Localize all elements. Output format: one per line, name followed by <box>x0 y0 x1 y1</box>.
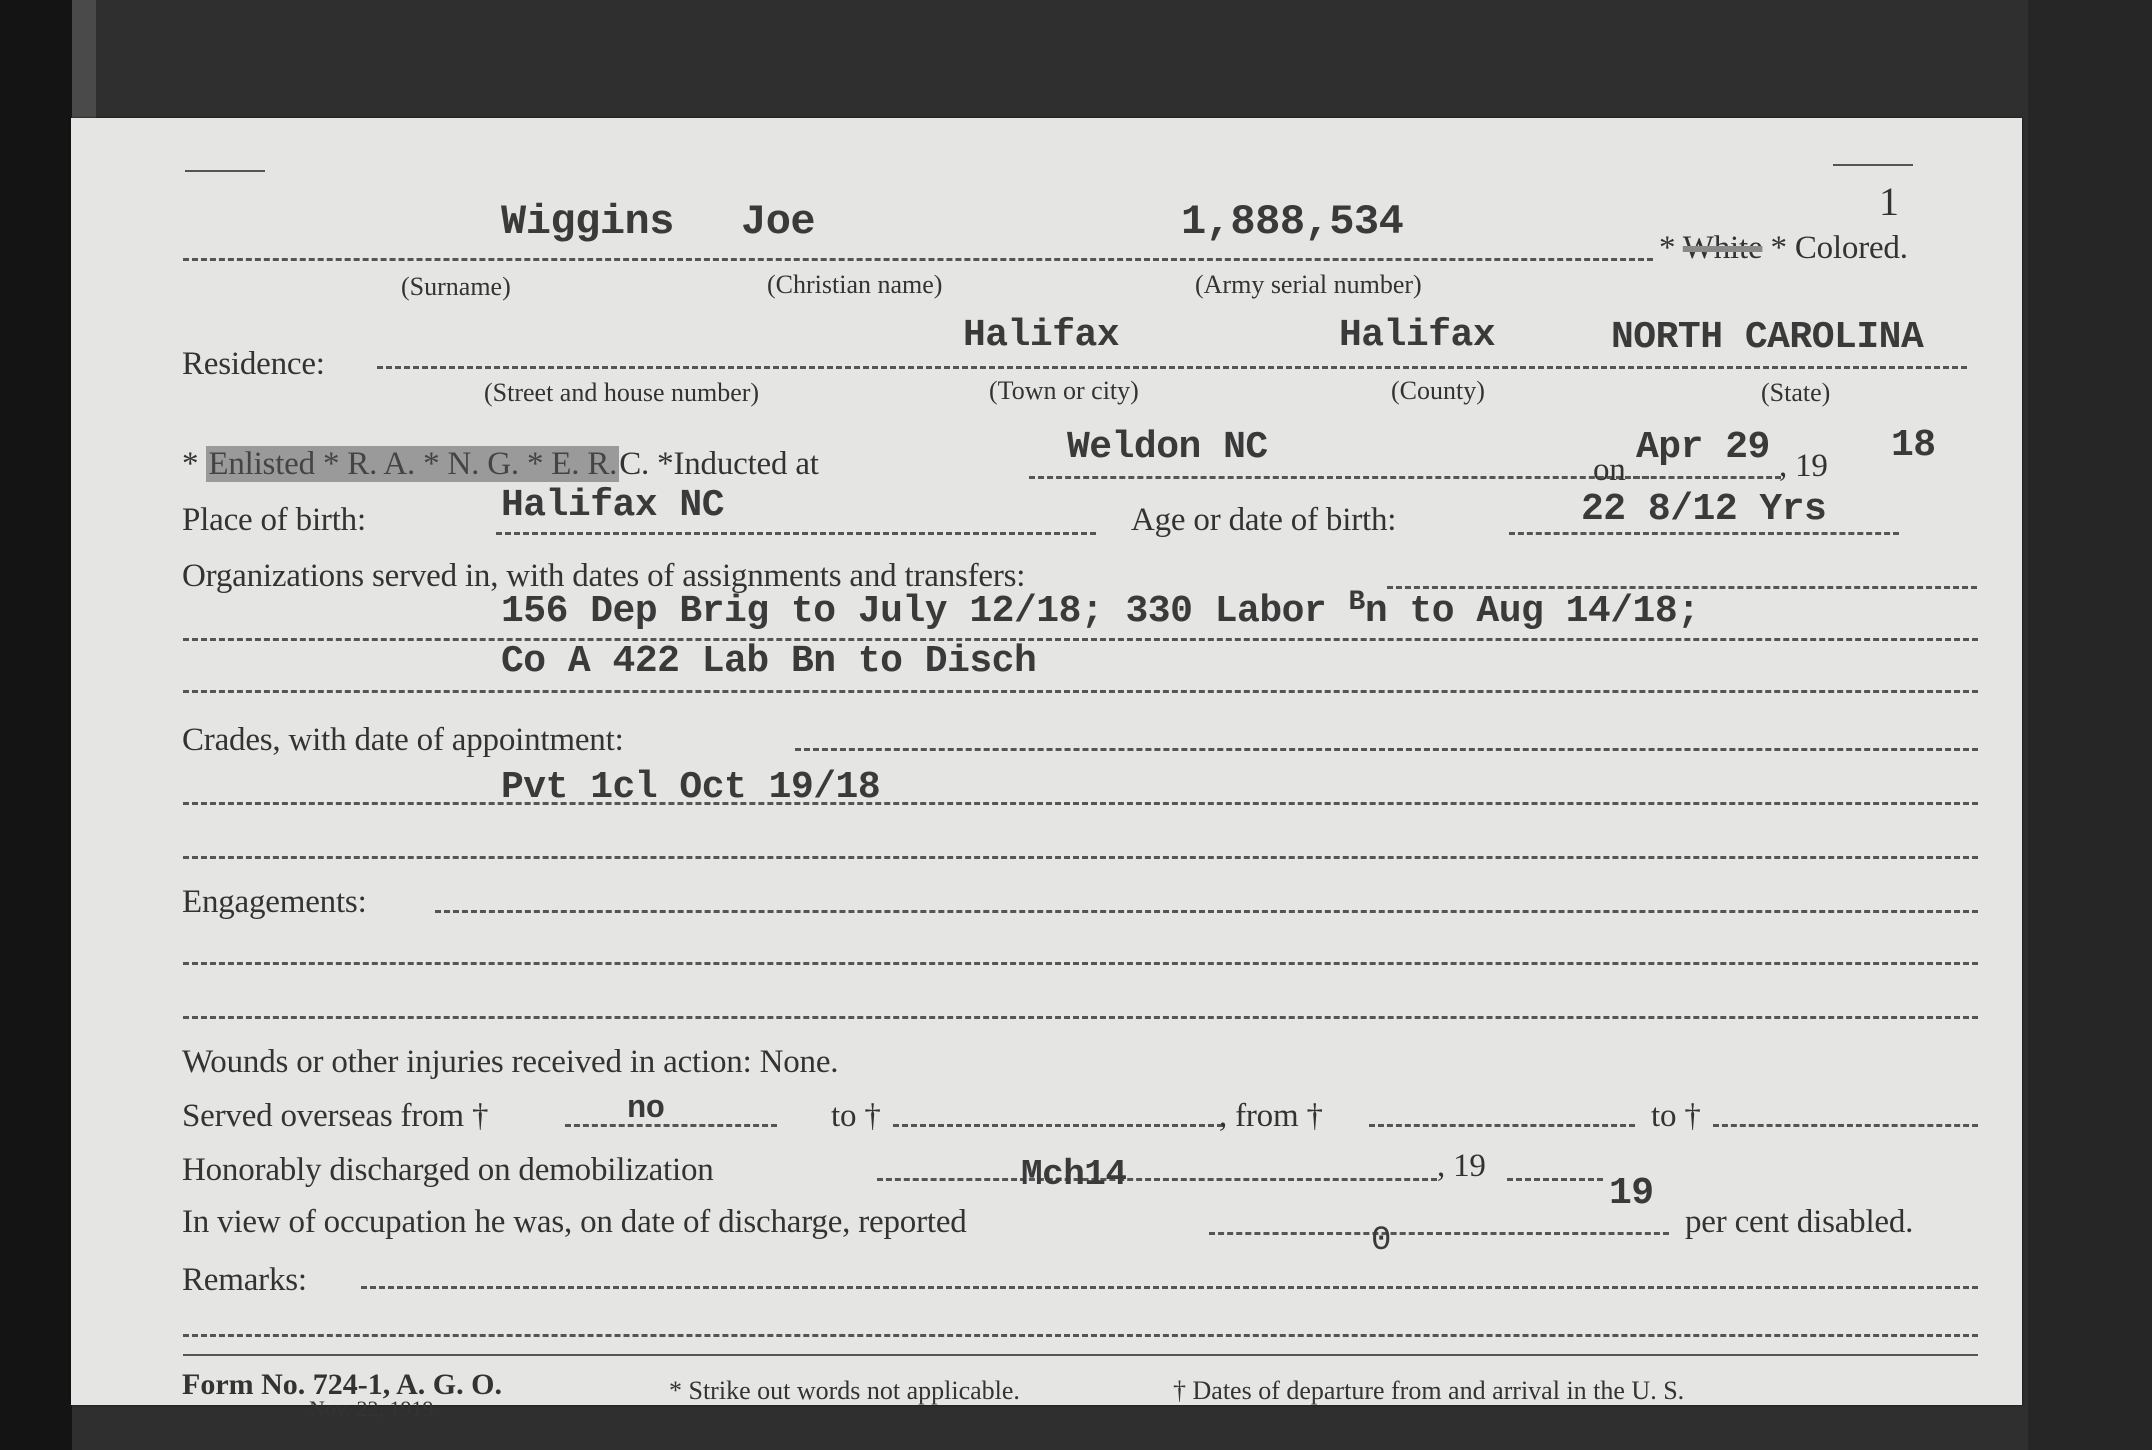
inducted-label: *Inducted at <box>657 446 819 482</box>
overseas-from-1-value: no <box>627 1090 664 1127</box>
top-left-rule <box>185 170 265 172</box>
caption-christian-name: (Christian name) <box>767 270 942 300</box>
discharge-year: 19 <box>1609 1172 1654 1215</box>
disability-label: In view of occupation he was, on date of… <box>182 1204 967 1241</box>
residence-line <box>377 366 1967 369</box>
caption-serial-number: (Army serial number) <box>1195 270 1422 300</box>
scan-background-left <box>0 0 72 1450</box>
grades-label-line <box>795 748 1978 751</box>
inducted-at-line <box>1029 476 1649 479</box>
engagements-line-3 <box>183 1016 1978 1019</box>
scan-background-right <box>2028 0 2152 1450</box>
serial-number-value: 1,888,534 <box>1181 198 1403 246</box>
race-options: * White * Colored. <box>1659 230 1908 267</box>
induction-year-prefix: , 19 <box>1779 448 1828 485</box>
overseas-label: Served overseas from † <box>182 1098 488 1135</box>
overseas-to-2-line <box>1713 1124 1978 1127</box>
discharge-date: Mch14 <box>1021 1154 1127 1195</box>
overseas-to-1-line <box>893 1124 1223 1127</box>
residence-county: Halifax <box>1339 314 1495 357</box>
place-of-birth-label: Place of birth: <box>182 502 366 539</box>
age-label: Age or date of birth: <box>1131 502 1396 539</box>
overseas-from-2-line <box>1369 1124 1635 1127</box>
form-date: Nov. 22, 1919 <box>309 1396 433 1422</box>
engagements-line-1 <box>435 910 1978 913</box>
organizations-line-1-mid: n to <box>1365 590 1477 633</box>
caption-county: (County) <box>1391 376 1485 406</box>
disability-line <box>1209 1232 1669 1235</box>
note-strike-out: * Strike out words not applicable. <box>669 1376 1020 1406</box>
residence-state: NORTH CAROLINA <box>1611 316 1923 359</box>
organizations-line-2: Co A 422 Lab Bn to Disch <box>501 640 1036 683</box>
disability-suffix: per cent disabled. <box>1685 1204 1913 1241</box>
top-right-rule <box>1833 164 1913 166</box>
inducted-at-value: Weldon NC <box>1067 426 1268 469</box>
induction-date: Apr 29 <box>1636 426 1770 469</box>
struck-options-tail: C. <box>619 446 649 482</box>
overseas-from-1-line <box>565 1124 777 1127</box>
on-label: on <box>1593 452 1626 489</box>
age-value: 22 8/12 Yrs <box>1581 488 1826 531</box>
organizations-line-1-sup: B <box>1349 587 1365 618</box>
caption-surname: (Surname) <box>401 272 511 302</box>
note-dates: † Dates of departure from and arrival in… <box>1173 1376 1684 1406</box>
caption-street: (Street and house number) <box>484 378 759 408</box>
caption-town: (Town or city) <box>989 376 1139 406</box>
organizations-line-1-text: 156 Dep Brig to July 12/18; 330 Labor <box>501 590 1349 633</box>
christian-name-value: Joe <box>741 198 815 246</box>
race-white-struck: White <box>1683 230 1763 266</box>
induction-date-line <box>1633 476 1781 479</box>
race-colored: Colored. <box>1795 230 1908 266</box>
induction-year: 18 <box>1891 424 1936 467</box>
remarks-label: Remarks: <box>182 1262 307 1299</box>
age-line <box>1509 532 1899 535</box>
grades-line-1 <box>183 802 1978 805</box>
induction-row: * Enlisted * R. A. * N. G. * E. R.C. *In… <box>182 446 819 483</box>
residence-label: Residence: <box>182 346 325 383</box>
organizations-line-1: 156 Dep Brig to July 12/18; 330 Labor Bn… <box>501 590 1699 633</box>
engagements-label: Engagements: <box>182 884 367 921</box>
name-line <box>183 258 1653 261</box>
disability-percent: 0 <box>1371 1222 1391 1260</box>
overseas-from-2-label: , from † <box>1219 1098 1323 1135</box>
organizations-line-1-end: Aug 14/18; <box>1476 590 1699 633</box>
grades-line-2 <box>183 856 1978 859</box>
wounds-text: Wounds or other injuries received in act… <box>182 1044 838 1081</box>
caption-state: (State) <box>1761 378 1830 408</box>
organizations-label-line <box>1387 586 1977 589</box>
engagements-line-2 <box>183 962 1978 965</box>
organizations-line-2-rule <box>183 690 1978 693</box>
struck-enlistment-options: Enlisted * R. A. * N. G. * E. R. <box>206 446 619 482</box>
scan-background-band <box>72 0 96 124</box>
residence-town: Halifax <box>963 314 1119 357</box>
grades-label: Crades, with date of appointment: <box>182 722 624 759</box>
discharge-label: Honorably discharged on demobilization <box>182 1152 714 1189</box>
service-record-card: 1 Wiggins Joe 1,888,534 * White * Colore… <box>71 118 2022 1405</box>
footer-rule <box>183 1354 1978 1356</box>
overseas-to-1-label: to † <box>831 1098 881 1135</box>
organizations-line-1-rule <box>183 638 1978 641</box>
overseas-to-2-label: to † <box>1651 1098 1701 1135</box>
discharge-year-prefix: , 19 <box>1437 1148 1486 1185</box>
discharge-year-line <box>1507 1178 1603 1181</box>
remarks-line-2 <box>183 1334 1978 1337</box>
discharge-date-line <box>877 1178 1437 1181</box>
place-of-birth-line <box>496 532 1096 535</box>
surname-value: Wiggins <box>501 198 674 246</box>
place-of-birth-value: Halifax NC <box>501 484 724 527</box>
card-number: 1 <box>1879 178 1899 225</box>
remarks-line-1 <box>361 1286 1978 1289</box>
